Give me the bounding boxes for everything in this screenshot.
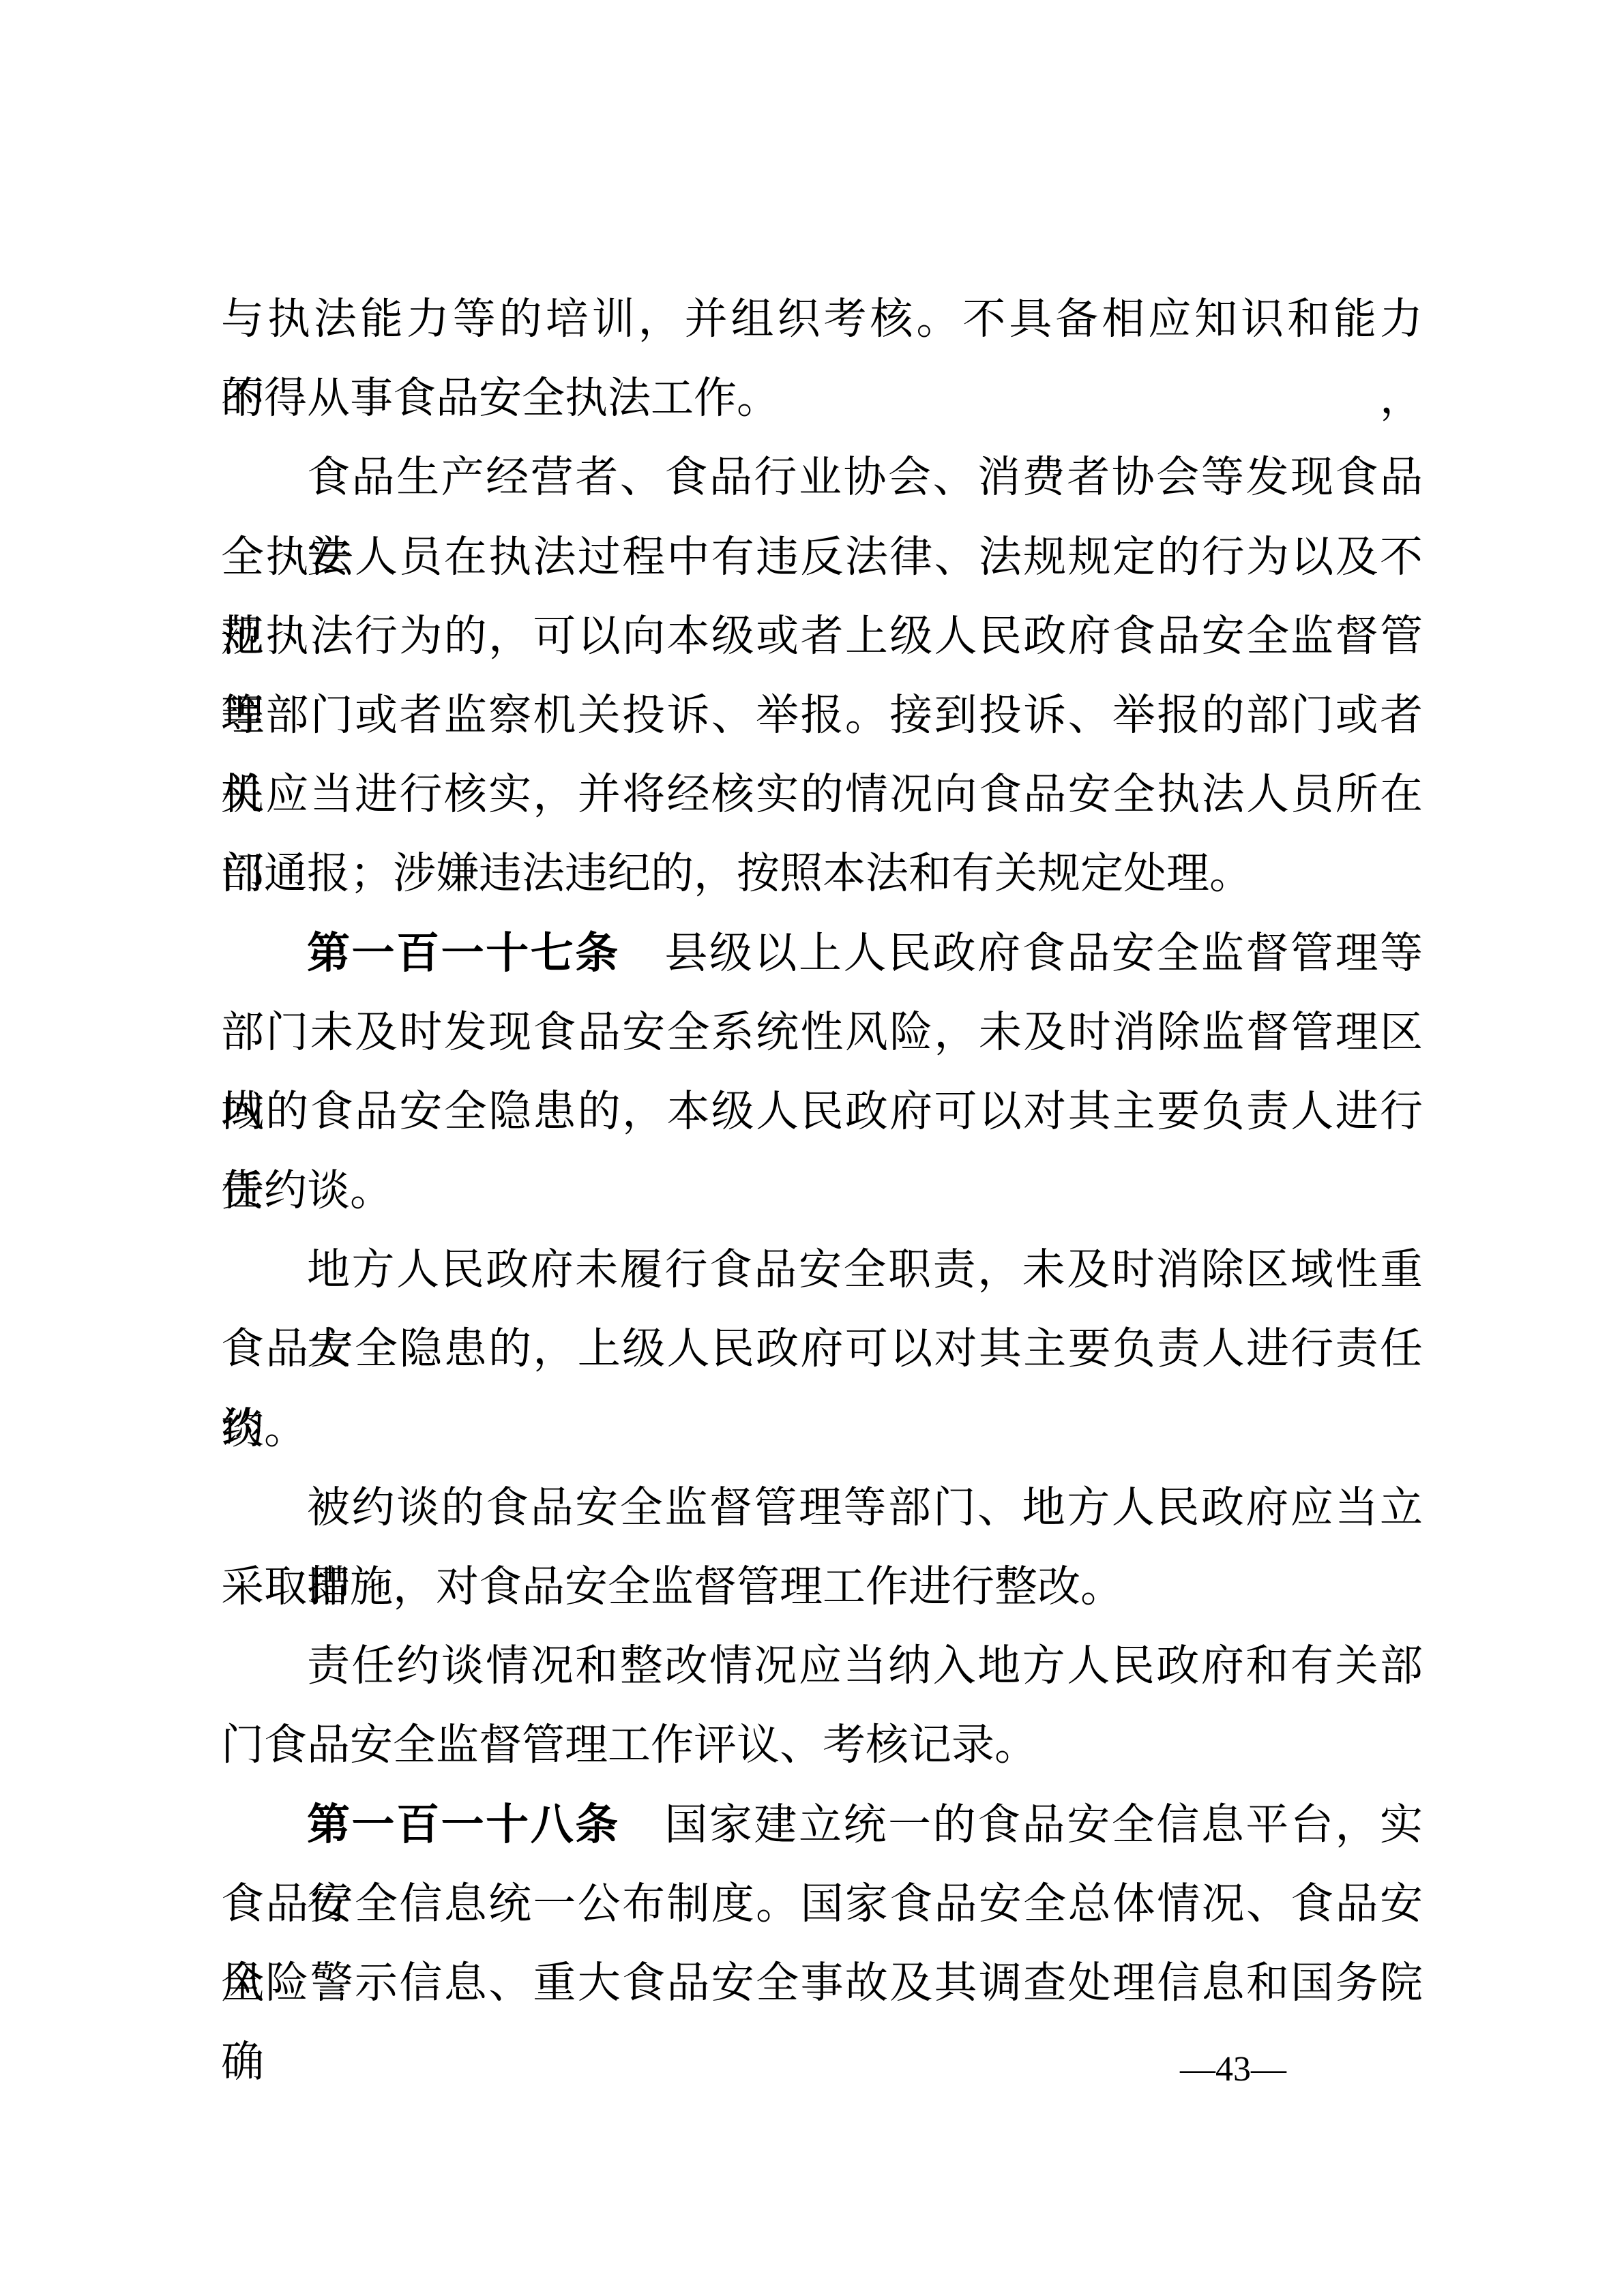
text-line: 采取措施，对食品安全监督管理工作进行整改。 bbox=[221, 1547, 1423, 1626]
line-text: 门通报；涉嫌违法违纪的，按照本法和有关规定处理。 bbox=[221, 850, 1252, 897]
text-line: 与执法能力等的培训，并组织考核。不具备相应知识和能力的， bbox=[221, 280, 1423, 359]
body-text: 与执法能力等的培训，并组织考核。不具备相应知识和能力的，不得从事食品安全执法工作… bbox=[221, 280, 1423, 2023]
text-line: 地方人民政府未履行食品安全职责，未及时消除区域性重大 bbox=[221, 1230, 1423, 1309]
text-line: 内的食品安全隐患的，本级人民政府可以对其主要负责人进行责 bbox=[221, 1072, 1423, 1151]
text-line: 谈。 bbox=[221, 1389, 1423, 1468]
text-line: 被约谈的食品安全监督管理等部门、地方人民政府应当立即 bbox=[221, 1468, 1423, 1547]
text-line: 食品安全隐患的，上级人民政府可以对其主要负责人进行责任约 bbox=[221, 1309, 1423, 1388]
text-line: 食品生产经营者、食品行业协会、消费者协会等发现食品安 bbox=[221, 438, 1423, 517]
text-line: 食品安全信息统一公布制度。国家食品安全总体情况、食品安全 bbox=[221, 1864, 1423, 1943]
document-page: 与执法能力等的培训，并组织考核。不具备相应知识和能力的，不得从事食品安全执法工作… bbox=[0, 0, 1624, 2296]
text-line: 第一百一十七条 县级以上人民政府食品安全监督管理等 bbox=[221, 914, 1423, 993]
text-line: 部门未及时发现食品安全系统性风险，未及时消除监督管理区域 bbox=[221, 993, 1423, 1072]
line-text: 不得从事食品安全执法工作。 bbox=[221, 374, 780, 422]
line-text: 门食品安全监督管理工作评议、考核记录。 bbox=[221, 1721, 1037, 1769]
text-line: 责任约谈情况和整改情况应当纳入地方人民政府和有关部 bbox=[221, 1626, 1423, 1705]
article-number: 第一百一十八条 bbox=[307, 1801, 620, 1849]
article-number: 第一百一十七条 bbox=[307, 929, 620, 977]
line-text: 采取措施，对食品安全监督管理工作进行整改。 bbox=[221, 1563, 1123, 1611]
text-line: 关应当进行核实，并将经核实的情况向食品安全执法人员所在部 bbox=[221, 755, 1423, 834]
text-line: 第一百一十八条 国家建立统一的食品安全信息平台，实行 bbox=[221, 1785, 1423, 1864]
text-line: 门通报；涉嫌违法违纪的，按照本法和有关规定处理。 bbox=[221, 834, 1423, 913]
line-text: 谈。 bbox=[221, 1405, 307, 1452]
text-line: 风险警示信息、重大食品安全事故及其调查处理信息和国务院确 bbox=[221, 1943, 1423, 2023]
text-line: 等部门或者监察机关投诉、举报。接到投诉、举报的部门或者机 bbox=[221, 676, 1423, 755]
text-line: 全执法人员在执法过程中有违反法律、法规规定的行为以及不规 bbox=[221, 518, 1423, 597]
text-line: 任约谈。 bbox=[221, 1151, 1423, 1230]
text-line: 范执法行为的，可以向本级或者上级人民政府食品安全监督管理 bbox=[221, 597, 1423, 676]
line-text: 任约谈。 bbox=[221, 1167, 393, 1214]
line-text: 责任约谈情况和整改情况应当纳入地方人民政府和有关部 bbox=[307, 1642, 1423, 1690]
line-text: 县级以上人民政府食品安全监督管理等 bbox=[620, 929, 1423, 977]
page-number: —43— bbox=[1162, 2036, 1305, 2104]
text-line: 门食品安全监督管理工作评议、考核记录。 bbox=[221, 1705, 1423, 1785]
